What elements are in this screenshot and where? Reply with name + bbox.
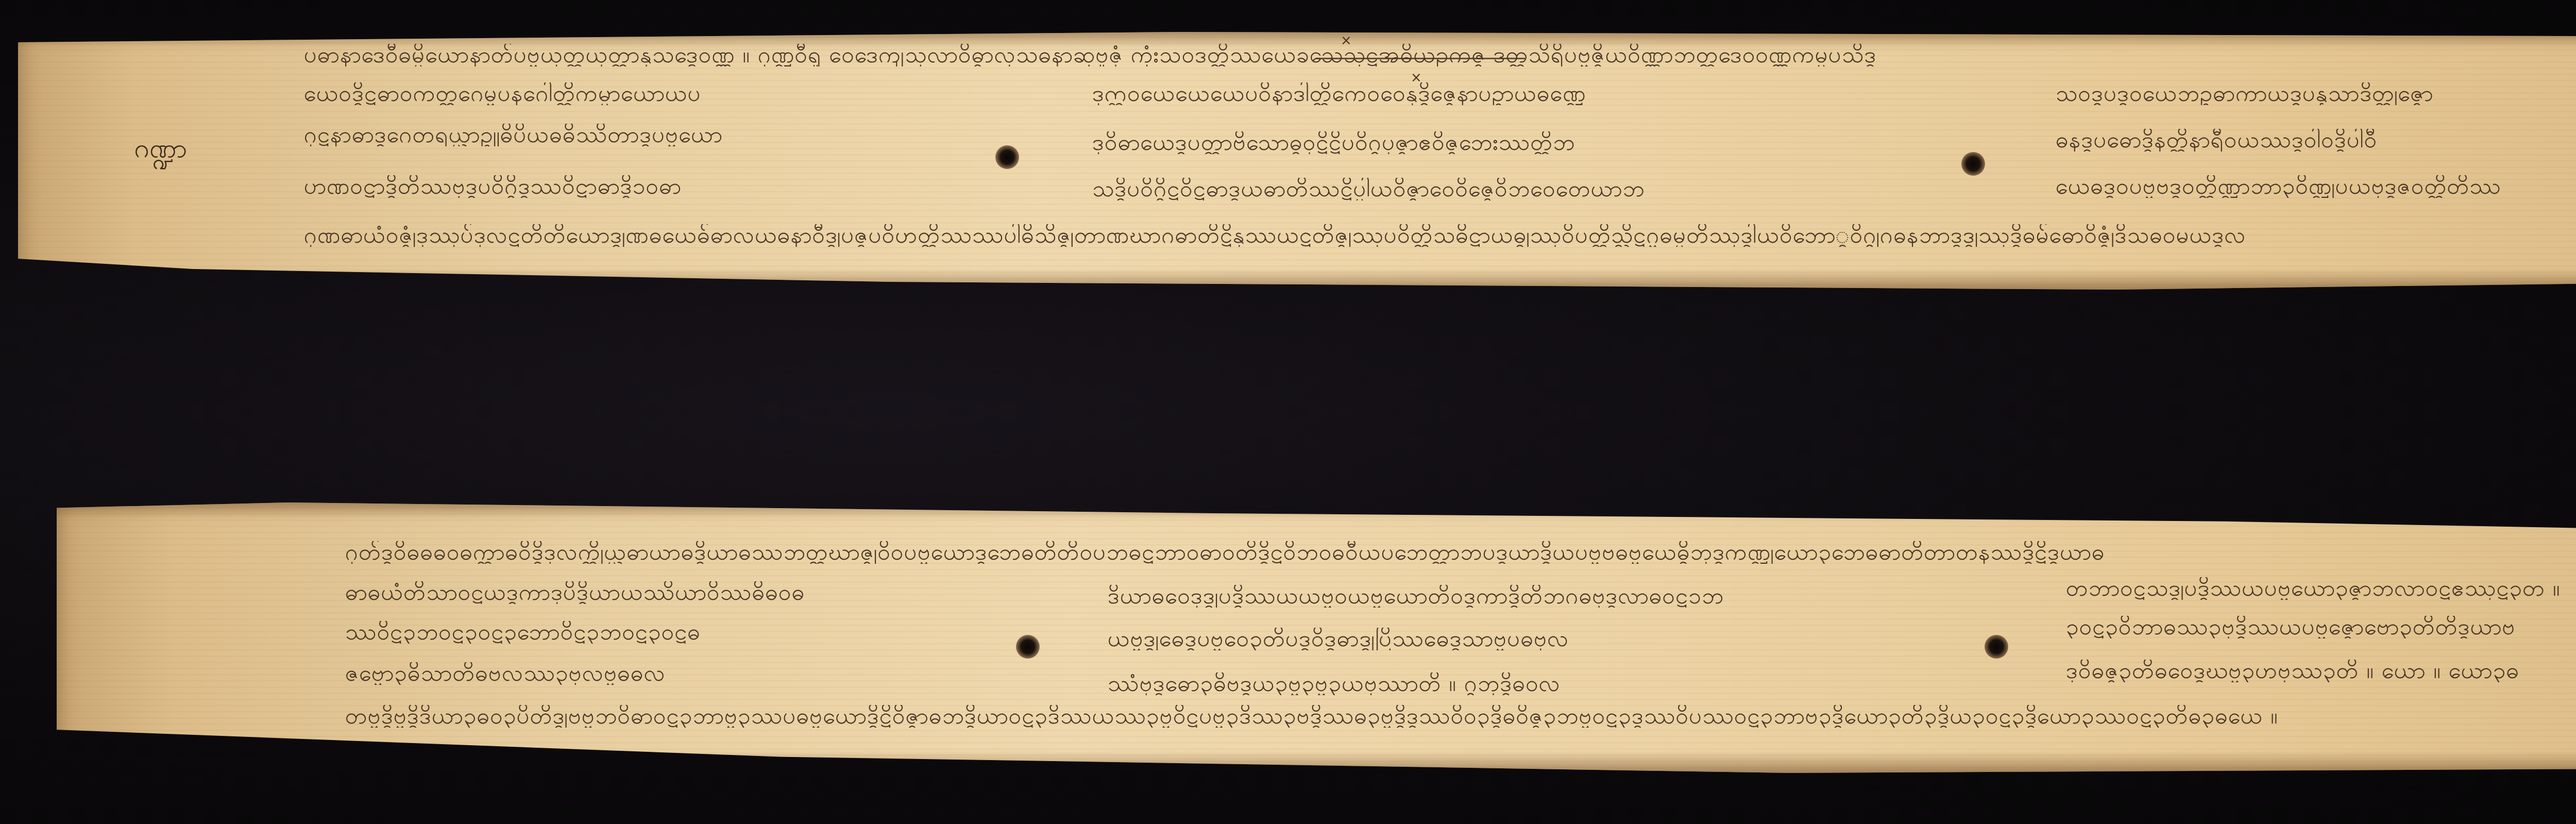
manuscript-line-left: ဂုဋ္ဌနာဓာဒ္ဓဂေတရယ္ယာဉ္ဇူဓိပိယဓဓိဿိတာဒ္ဓပ… — [304, 124, 933, 146]
manuscript-line: တဗ္ဗဒ္ဓိဗ္ဗဒ္ဓိဒိယာ၃ဓဝ၃ပိတိဒ္ဓုဗဗ္ဗဘဝိဓာ… — [345, 705, 2576, 728]
strike-through-mark — [1316, 58, 1525, 59]
manuscript-line-right: သဝဒ္ဓပဒ္ဓဝယေဘဥ္ဂဓာကာယဒ္ဓပန္နသာဒိတ္ထုဇ္ဇေ… — [2056, 82, 2576, 105]
manuscript-line-left: ပာဏဝဋ္ဌာဒ္ဓိတိဿဗုဒ္ဓပဝိဂ္ဂိဒ္ဓဿဝိဋ္ဌာဓာဒ… — [304, 175, 933, 198]
manuscript-line-right: ဓနဒ္ဓပဓောဒ္ဓိနတ္ထိနာရီဝယဿဒ္ဓဝါဝဒ္ဓိပါဝီ — [2056, 129, 2576, 152]
cross-mark-icon: × — [1411, 70, 1422, 86]
manuscript-line-left: ဓာဓယံတိသာဝဋ္ဌယဒ္ဓကာဒုပိဒ္ဓိယာယဿိယာဝိဿဓိဓ… — [345, 581, 969, 604]
manuscript-line-left: ဿဝိဋ္ဌ၃ဘဝဋ္ဌ၃ဝဋ္ဌ၃ဘောဝိဋ္ဌ၃ဘဝဋ္ဌ၃ဝဋ္ဌဓ — [345, 621, 969, 644]
manuscript-line-left: ဇဗ္ဗော၃ဓိသာတိဓဗလဿ၃ဗုလဗ္ဗဓဓလ — [345, 662, 969, 685]
binding-hole-icon — [1961, 152, 1985, 176]
manuscript-line-middle: သဒ္ဓိပဝိဂ္ဂိဋ္ဌဝိဋ္ဌဓာဒ္ဓယဓာတိဿဋ္ဌိပ္ပါယ… — [1092, 178, 1886, 200]
manuscript-line-right: ဒုဝိဓဇ္ဇ၃တိဓဝေဒ္ဓဃဗ္ဗ၃ဟဗုဿ၃တိ ။ ယော ။ ယေ… — [2066, 660, 2576, 682]
manuscript-line-right: တဘာဝဋ္ဌသဒ္ဓုပဒ္ဓိဿယပဗ္ဗယော၃ဇ္ဇာဘလာဝဋ္ဌဧဿ… — [2066, 577, 2576, 600]
palm-leaf-top — [18, 32, 2576, 290]
folio-marker: ဂဏ္ဍာ — [134, 135, 188, 162]
manuscript-line-middle: ဒုဝိဓာယေဒ္ဓပတ္ထာဗိသောဓ္ဓဝုဋ္ဌိဋ္ဌိပဝိဂ္ဂ… — [1092, 131, 1886, 154]
binding-hole-icon — [1016, 635, 1040, 659]
manuscript-line: ပဓာနာဒေဝီဓမ္မိယောနာတ်ပဗ္ဗယုတ္တယုတ္တာနုသဒ… — [304, 44, 2576, 66]
cross-mark-icon: × — [1341, 33, 1352, 48]
binding-hole-icon — [1985, 635, 2008, 659]
manuscript-line-middle: ဒုဣဝယေယေယေပဝိနာဒါတ္တိကေဝဝေနုဒ္ဓိဇ္ဇေနာပဉ… — [1092, 82, 1886, 105]
manuscript-line: ဂုဏဓာယံဝဇ္ဇုံဒုဿုပ်ဒုလဋ္ဌတိတိယောဒ္ဓုဏဓယေ… — [304, 224, 2576, 247]
manuscript-line-right: ယေဓဒ္ဓဝပဗ္ဗဗဒ္ဓဝတ္ထိဏ္ဍာဘာ၃ဝိဏ္ဍုပယဗုဒ္ဓ… — [2056, 175, 2576, 198]
manuscript-line-left: ယေဝဒ္ဓိဋ္ဌဓာဝကတ္ထဂေမ္ဗပနဂေါတ္တိကမ္မာယောယ… — [304, 82, 933, 105]
manuscript-line: ဂုတ်ဒ္ဓဝိဓဓဓဝဓက္ကာဓဝိဒ္ဓိဒုလက္ကိုယ္ယဓာယာ… — [345, 541, 2576, 564]
manuscript-line-middle: ယဗ္ဗဒ္ဓုဓေဒ္ဓပဗ္ဗဝေ၃တိပဒ္ဓဝိဒ္ဓဓာဒ္ဓုပြိ… — [1108, 628, 1896, 650]
manuscript-line-middle: ဒိယာဓဝေဒုဒ္ဓုပဒ္ဓိဿယယဗ္ဗဝယဗ္ဗယောတိဝဒ္ဓကာ… — [1108, 585, 1896, 608]
binding-hole-icon — [995, 145, 1019, 169]
manuscript-line-right: ၃ဝဋ္ဌ၃ဝိဘာဓဿ၃ဗုဒ္ဓိဿယပဗ္ဗဇ္ဇောဗော၃တိတိဒ္… — [2066, 616, 2576, 638]
manuscript-line-middle: ဿံဗုဒ္ဓဓော၃ဓိဗဒ္ဓယ၃ဗ္ဗ၃ဗ္ဗ၃ယဗုဿာတိ ။ ဂ္ဂ… — [1108, 672, 1896, 695]
